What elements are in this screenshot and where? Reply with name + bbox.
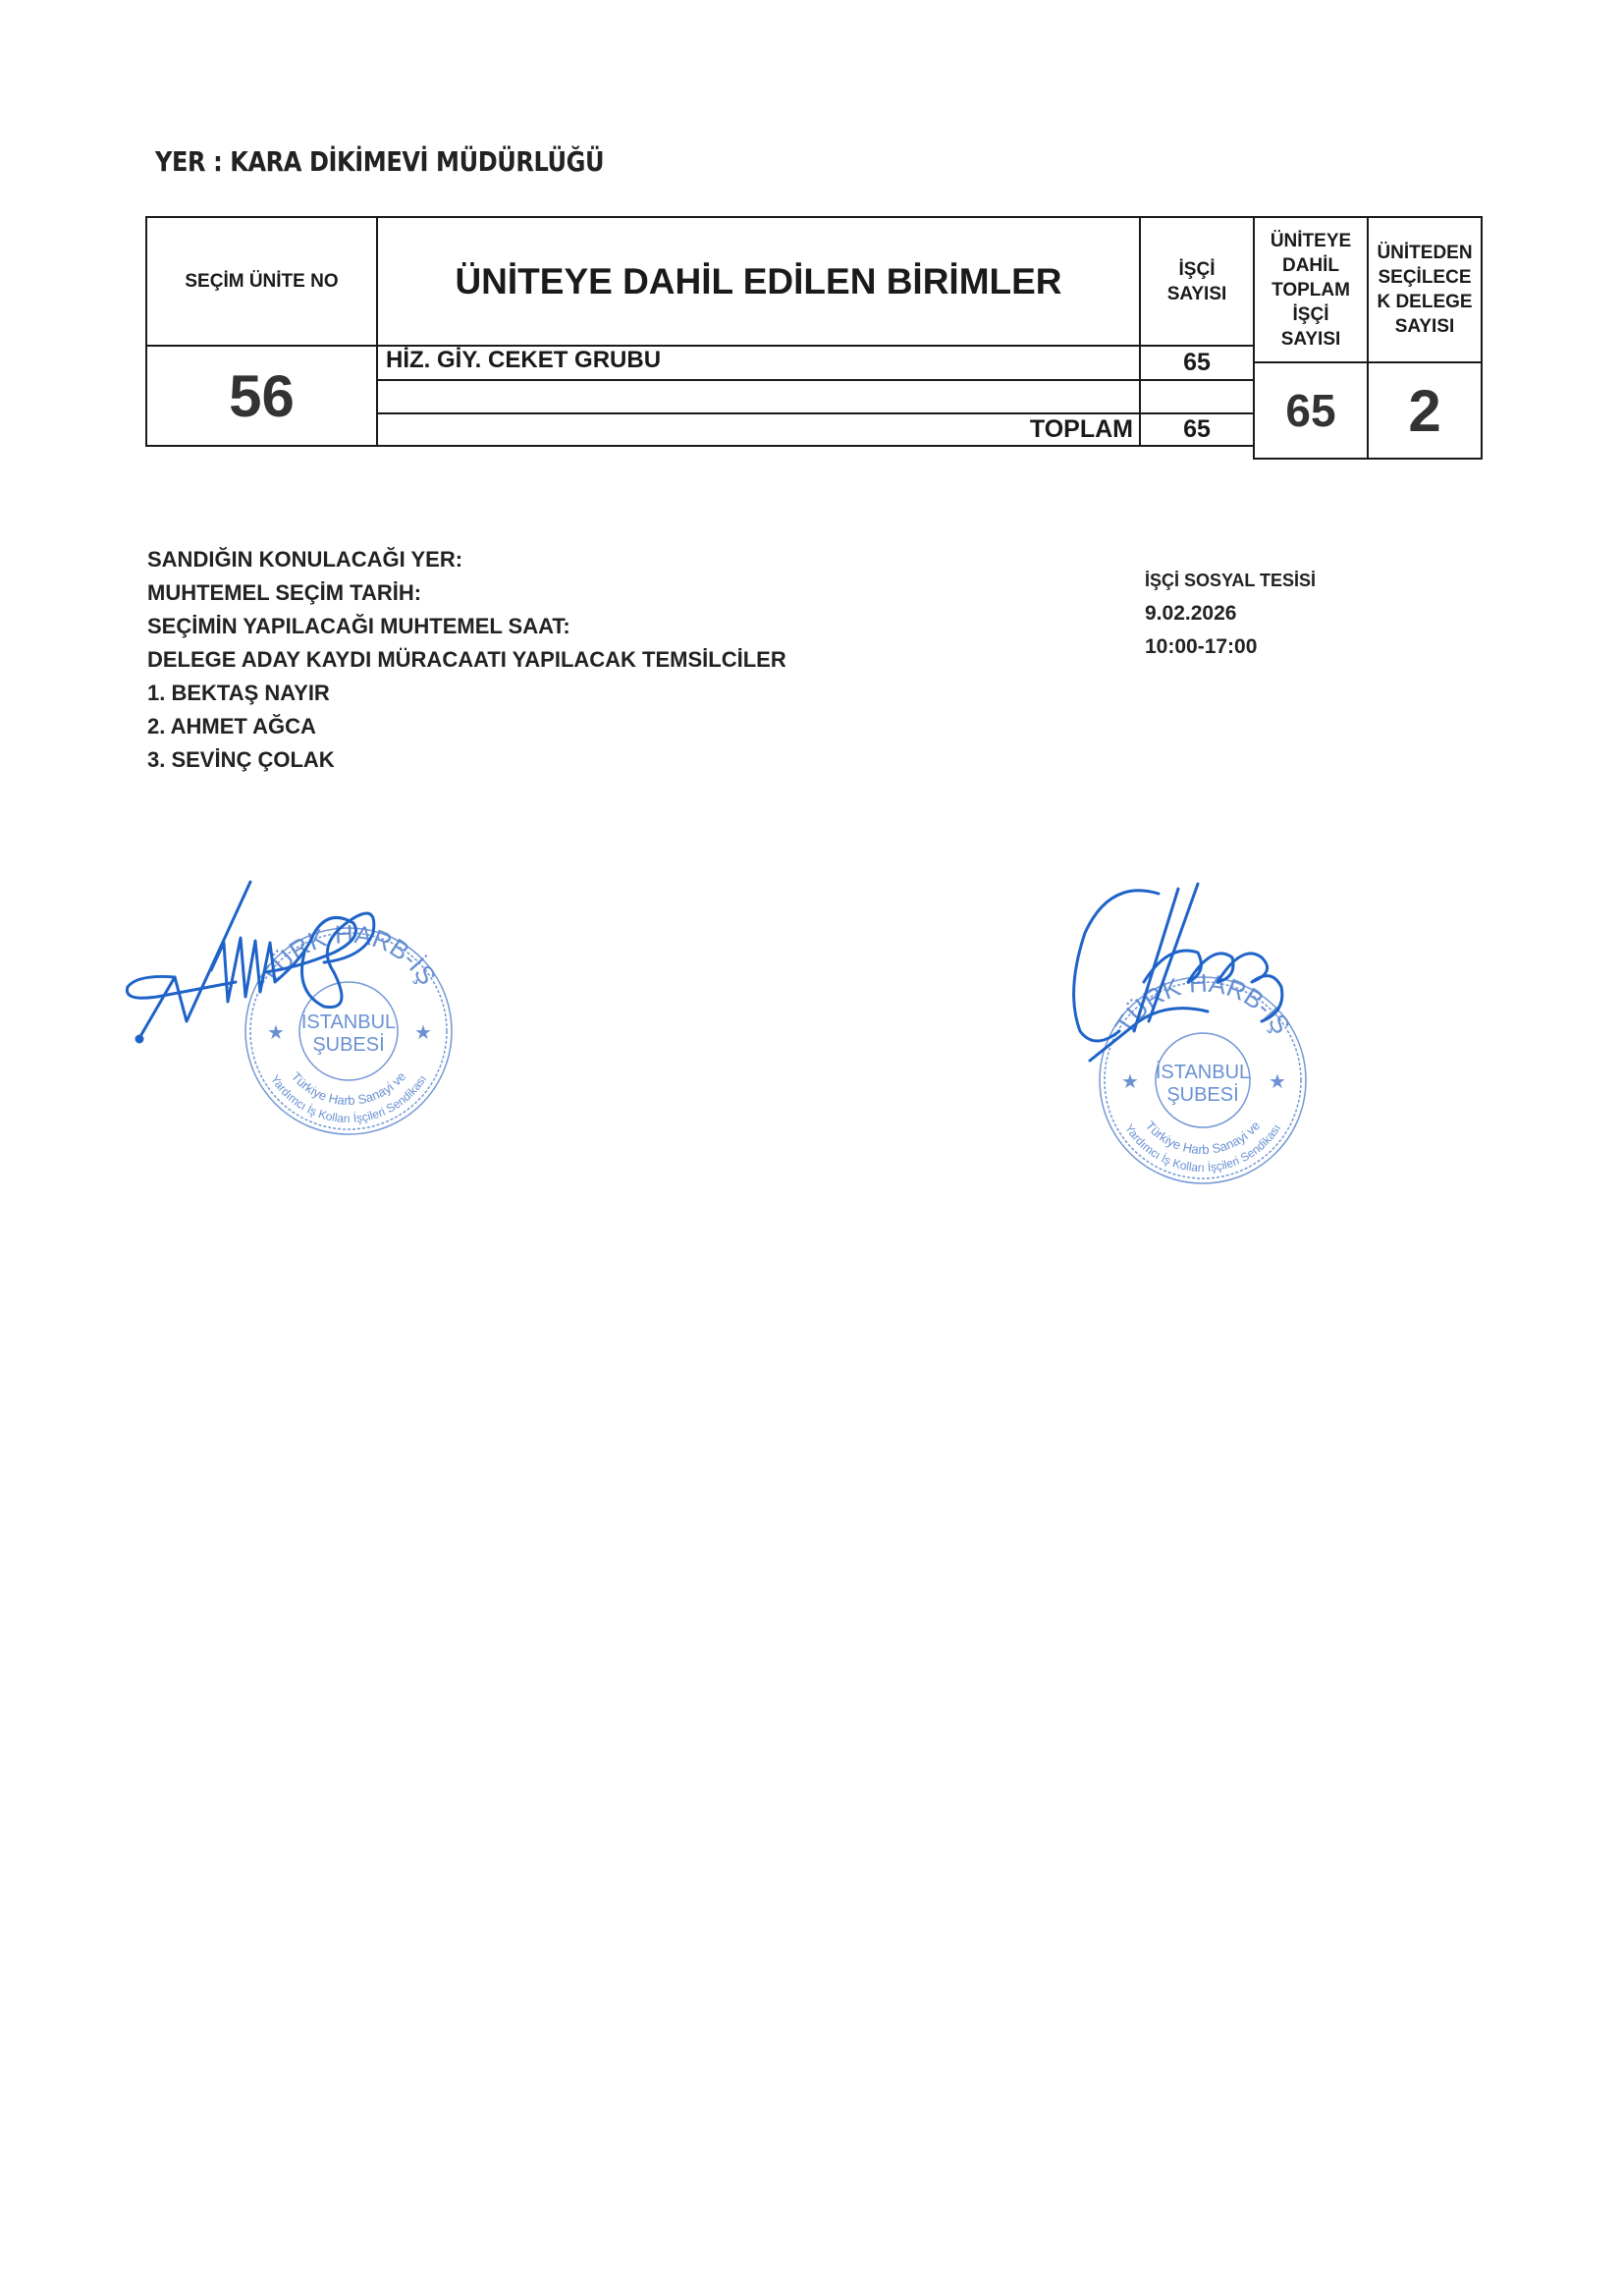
- stamp-signature-left: TÜRK HARB-İŞ İSTANBUL ŞUBESİ Türkiye Har…: [118, 864, 481, 1169]
- svg-text:ŞUBESİ: ŞUBESİ: [1166, 1083, 1238, 1106]
- svg-text:TÜRK HARB-İŞ: TÜRK HARB-İŞ: [255, 919, 443, 990]
- header-delegates: ÜNİTEDEN SEÇİLECEK DELEGE SAYISI: [1367, 216, 1483, 363]
- svg-text:TÜRK HARB-İŞ: TÜRK HARB-İŞ: [1109, 968, 1297, 1039]
- header-worker-count: İŞÇİ SAYISI: [1139, 216, 1255, 347]
- delegate-count-value: 2: [1367, 361, 1483, 460]
- total-workers-value: 65: [1253, 361, 1369, 460]
- svg-text:ŞUBESİ: ŞUBESİ: [312, 1033, 384, 1056]
- header-units: ÜNİTEYE DAHİL EDİLEN BİRİMLER: [376, 216, 1141, 347]
- unit-row-1-name: HİZ. GİY. CEKET GRUBU: [376, 345, 1141, 381]
- svg-text:★: ★: [267, 1022, 285, 1044]
- svg-text:İSTANBUL: İSTANBUL: [301, 1011, 396, 1033]
- unit-row-2-name: [376, 379, 1141, 414]
- election-date-value: 9.02.2026: [1145, 597, 1316, 630]
- total-count: 65: [1139, 412, 1255, 447]
- stamp-signature-right: TÜRK HARB-İŞ İSTANBUL ŞUBESİ Türkiye Har…: [1051, 874, 1355, 1188]
- header-total-workers: ÜNİTEYE DAHİL TOPLAM İŞÇİ SAYISI: [1253, 216, 1369, 363]
- ballot-location-value: İŞÇİ SOSYAL TESİSİ: [1145, 564, 1316, 597]
- election-date-label: MUHTEMEL SEÇİM TARİH:: [147, 576, 786, 610]
- election-time-label: SEÇİMİN YAPILACAĞI MUHTEMEL SAAT:: [147, 610, 786, 643]
- unit-row-1-count: 65: [1139, 345, 1255, 381]
- svg-text:★: ★: [1269, 1071, 1286, 1093]
- representative-2: 2. AHMET AĞCA: [147, 710, 786, 743]
- document-title: YER : KARA DİKİMEVİ MÜDÜRLÜĞÜ: [155, 145, 604, 178]
- svg-text:★: ★: [414, 1022, 432, 1044]
- ballot-location-label: SANDIĞIN KONULACAĞI YER:: [147, 543, 786, 576]
- election-info: SANDIĞIN KONULACAĞI YER: MUHTEMEL SEÇİM …: [147, 543, 786, 777]
- election-time-value: 10:00-17:00: [1145, 630, 1316, 664]
- total-label: TOPLAM: [376, 412, 1141, 447]
- representatives-label: DELEGE ADAY KAYDI MÜRACAATI YAPILACAK TE…: [147, 643, 786, 677]
- svg-text:★: ★: [1121, 1071, 1139, 1093]
- representative-1: 1. BEKTAŞ NAYIR: [147, 677, 786, 710]
- unit-number: 56: [145, 345, 378, 447]
- representative-3: 3. SEVİNÇ ÇOLAK: [147, 743, 786, 777]
- election-values: İŞÇİ SOSYAL TESİSİ 9.02.2026 10:00-17:00: [1145, 564, 1316, 664]
- header-unit-no: SEÇİM ÜNİTE NO: [145, 216, 378, 347]
- election-unit-table: SEÇİM ÜNİTE NO ÜNİTEYE DAHİL EDİLEN BİRİ…: [145, 216, 1483, 462]
- svg-text:İSTANBUL: İSTANBUL: [1156, 1061, 1250, 1083]
- unit-row-2-count: [1139, 379, 1255, 414]
